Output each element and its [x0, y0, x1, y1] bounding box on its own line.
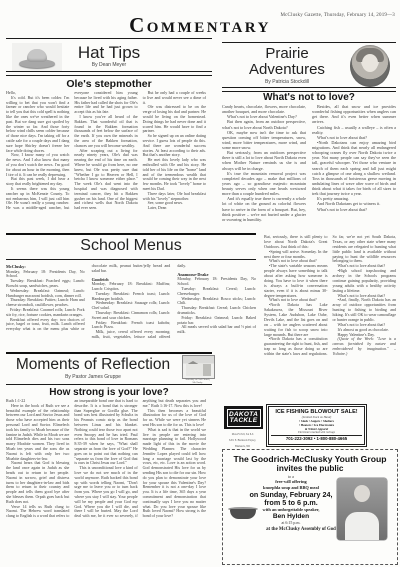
ole-article-headline: Ole's stepmother — [6, 78, 212, 90]
prairie-article-headline: What's not to love? — [222, 92, 396, 103]
youth-ad-headline2: invites the public — [223, 464, 397, 473]
divider — [6, 259, 256, 260]
ice-sale-phone-numbers: 701-222-3092 • 1-800-880-4665 — [271, 435, 362, 442]
divider — [6, 38, 212, 39]
speaker-photo — [337, 478, 387, 540]
hat-tips-byline: By Dean Meyer — [6, 62, 212, 68]
divider — [222, 42, 396, 43]
moments-article-body: Ruth 1:1-22Here in the book of Ruth we s… — [6, 399, 206, 541]
prairie-article-body-continued: But, seriously, there is still plenty to… — [264, 235, 396, 398]
newspaper-commentary-page: McClusky Gazette, Thursday, February 14,… — [0, 0, 400, 567]
soup-bowl-cup-shape — [230, 509, 256, 519]
dakota-logo-line2: TACKLE — [228, 418, 260, 425]
church-building-shape — [186, 364, 211, 376]
soup-bowl-icon — [228, 505, 258, 521]
dakota-tackle-address: Mon-Fri 8-8, Sat 8-63201 E. Bismarck Exp… — [220, 430, 265, 450]
moments-title: Moments of Reflection — [6, 356, 180, 374]
menu-school-items: Monday, February 18: Presidents Day, No … — [177, 277, 256, 335]
divider — [6, 384, 212, 385]
menu-school-anamoose-drake: Anamoose-Drake Monday, February 18: Pres… — [177, 272, 256, 335]
moments-byline: By Pastor James Gruppe — [6, 374, 180, 380]
youth-ad-headline1: The Goodrich-McClusky Youth Group — [223, 455, 397, 464]
ice-fishing-sale-inner: ICE FISHING BLOWOUT SALE! (Limited Stock… — [268, 406, 365, 445]
church-photo — [182, 355, 215, 379]
hat-tips-title: Hat Tips — [6, 43, 212, 63]
speaker-torso-shape — [345, 512, 379, 540]
prairie-title-line2: Adventures — [222, 62, 352, 78]
portrait-face-shape — [362, 54, 378, 72]
dakota-tackle-logo-text: DAKOTA TACKLE — [227, 409, 261, 427]
school-menus-title: School Menus — [6, 237, 256, 255]
dakota-tackle-logo: DAKOTA TACKLE — [224, 406, 263, 429]
prairie-title-line1: Prairie — [222, 46, 352, 62]
prairie-byline: By Patricia Stockdill — [222, 79, 352, 85]
ice-sale-note: Electronics marked with red tags — [269, 431, 364, 434]
ole-article-body: Hello,It's cold. But it's been colder. I… — [6, 91, 206, 231]
page-title: Commentary — [0, 13, 400, 38]
ice-fishing-sale-ad: ICE FISHING BLOWOUT SALE! (Limited Stock… — [266, 404, 367, 447]
moments-article-headline: How strong is your love? — [6, 387, 212, 398]
ice-sale-title: ICE FISHING BLOWOUT SALE! — [269, 409, 364, 415]
columnist-portrait-photo — [350, 45, 390, 87]
speaker-head-shape — [354, 485, 370, 502]
divider — [6, 233, 256, 235]
divider — [6, 71, 212, 76]
prairie-article-body-top: Candy hearts, chocolate, flowers, more c… — [222, 104, 396, 231]
